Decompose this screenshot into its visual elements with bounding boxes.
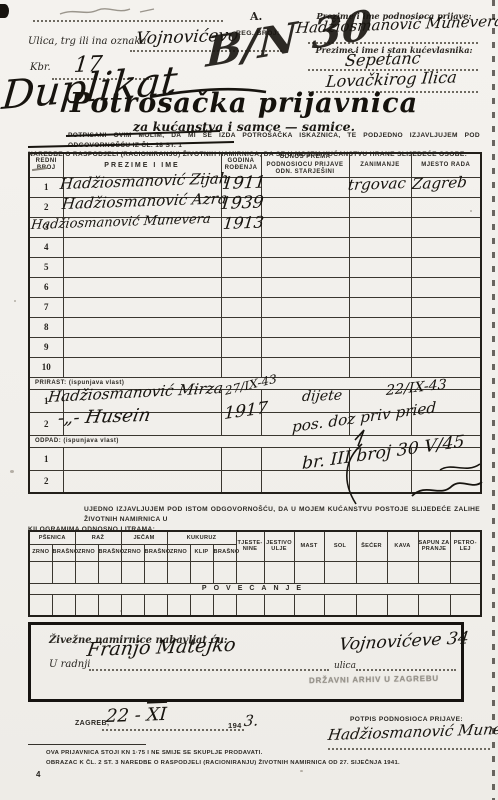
empty-cell <box>411 337 481 357</box>
empty-cell <box>264 561 294 583</box>
empty-cell <box>294 594 324 616</box>
empty-cell <box>411 317 481 337</box>
supply-sub-brasno: BRAŠNO <box>52 544 75 561</box>
col-header-redni-broj: REDNI BROJ <box>29 153 63 177</box>
empty-cell <box>349 217 411 237</box>
empty-cell <box>221 357 261 377</box>
empty-cell <box>52 594 75 616</box>
supplies-table: PŠENICA RAŽ JEČAM KUKURUZ TJESTE-NINE JE… <box>28 530 482 617</box>
supplies-declaration-line1: UJEDNO IZJAVLJUJEM POD ISTOM ODGOVORNOŠĆ… <box>28 505 480 525</box>
empty-cell <box>29 594 52 616</box>
empty-cell <box>356 594 387 616</box>
prirast-relation-handwritten: dijete <box>301 389 343 404</box>
prirast-name-handwritten: -„- Husein <box>56 407 152 428</box>
empty-cell <box>63 237 221 257</box>
supply-sub-klip: KLIP <box>190 544 213 561</box>
supply-col-sapun: SAPUN ZA PRANJE <box>418 531 450 561</box>
empty-cell <box>221 257 261 277</box>
scan-speck <box>14 300 16 302</box>
supply-sub-brasno: BRAŠNO <box>98 544 121 561</box>
row-number: 1 <box>29 447 63 470</box>
row-number: 4 <box>29 237 63 257</box>
member-workplace-handwritten: Zagreb <box>411 175 467 192</box>
empty-cell <box>121 594 144 616</box>
empty-cell <box>349 197 411 217</box>
empty-cell <box>450 594 481 616</box>
supply-sub-zrno: ZRNO <box>121 544 144 561</box>
empty-cell <box>221 337 261 357</box>
empty-cell <box>261 197 349 217</box>
empty-cell <box>387 561 418 583</box>
empty-cell <box>63 447 221 470</box>
empty-cell <box>213 561 236 583</box>
empty-cell <box>411 257 481 277</box>
year-handwritten: 3. <box>243 714 259 729</box>
regulation-note: OBRAZAC K ČL. 2 ST. 3 NAREDBE O RASPODJE… <box>46 760 400 766</box>
empty-cell <box>221 237 261 257</box>
shop-street-handwritten: Vojnovićeve 34 <box>338 630 470 654</box>
supply-sub-brasno: BRAŠNO <box>144 544 167 561</box>
supply-sub-zrno: ZRNO <box>29 544 52 561</box>
empty-cell <box>213 594 236 616</box>
year-printed: 194 <box>228 721 242 730</box>
empty-cell <box>29 561 52 583</box>
empty-cell <box>52 561 75 583</box>
member-year-handwritten: 1911 <box>221 174 266 192</box>
row-number: 9 <box>29 337 63 357</box>
blank-rule <box>102 729 244 731</box>
empty-cell <box>294 561 324 583</box>
empty-cell <box>349 237 411 257</box>
blank-rule <box>328 748 490 750</box>
empty-cell <box>387 594 418 616</box>
empty-cell <box>450 561 481 583</box>
scan-corner-mark <box>0 4 9 18</box>
empty-cell <box>98 561 121 583</box>
empty-cell <box>221 277 261 297</box>
empty-cell <box>63 470 221 493</box>
empty-cell <box>324 561 356 583</box>
empty-cell <box>144 594 167 616</box>
empty-cell <box>264 594 294 616</box>
empty-cell <box>261 277 349 297</box>
member-year-handwritten: 1913 <box>222 215 265 232</box>
signature-handwritten: Hadžiosmanović Munevera <box>327 721 498 743</box>
empty-cell <box>411 197 481 217</box>
supply-col-tjestenine: TJESTE-NINE <box>236 531 264 561</box>
page-number: 4 <box>36 770 40 779</box>
supply-col-kava: KAVA <box>387 531 418 561</box>
supply-col-petrolej: PETRO-LEJ <box>450 531 481 561</box>
empty-cell <box>190 594 213 616</box>
empty-cell <box>121 561 144 583</box>
empty-cell <box>167 561 190 583</box>
scan-speck <box>300 770 303 772</box>
empty-cell <box>236 594 264 616</box>
document-page: A. REG. BROJ: Prezime i ime podnosioca p… <box>0 0 498 800</box>
empty-cell <box>411 277 481 297</box>
street-label: Ulica, trg ili ina oznaka <box>28 36 146 47</box>
row-number: 6 <box>29 277 63 297</box>
empty-cell <box>349 297 411 317</box>
row-number: 2 <box>29 470 63 493</box>
empty-cell <box>411 357 481 377</box>
month-roman-numeral: XI <box>146 701 168 726</box>
increase-row-label: POVEĆANJE <box>29 583 481 594</box>
row-number: 8 <box>29 317 63 337</box>
supply-group-raz: RAŽ <box>75 531 121 544</box>
empty-cell <box>190 561 213 583</box>
empty-cell <box>324 594 356 616</box>
blank-rule <box>89 669 329 671</box>
empty-cell <box>349 317 411 337</box>
empty-cell <box>63 257 221 277</box>
empty-cell <box>349 277 411 297</box>
empty-cell <box>349 257 411 277</box>
empty-cell <box>75 561 98 583</box>
shop-name-handwritten: Franjo Matejko <box>86 636 237 660</box>
date-handwritten: 22 - XI <box>105 706 167 726</box>
col-header-odnos: ODNOS PREMA PODNOSIOCU PRIJAVE ODN. STAR… <box>261 153 349 177</box>
empty-cell <box>349 357 411 377</box>
empty-cell <box>261 237 349 257</box>
empty-cell <box>144 561 167 583</box>
row-number: 5 <box>29 257 63 277</box>
empty-cell <box>63 337 221 357</box>
empty-cell <box>261 257 349 277</box>
empty-cell <box>261 337 349 357</box>
scan-speck <box>10 470 14 473</box>
empty-cell <box>221 470 261 493</box>
empty-cell <box>75 594 98 616</box>
row-number: 2 <box>29 197 63 217</box>
supply-col-secer: ŠEĆER <box>356 531 387 561</box>
row-number: 10 <box>29 357 63 377</box>
supply-col-sol: SOL <box>324 531 356 561</box>
landlord-handwritten-line2: Lovačkirog Ilica <box>325 69 458 90</box>
landlord-handwritten-line1: Šepetanc <box>344 50 421 69</box>
pencil-squiggle <box>60 9 154 14</box>
empty-cell <box>418 594 450 616</box>
footnote-divider <box>28 744 146 745</box>
empty-cell <box>411 217 481 237</box>
empty-cell <box>221 447 261 470</box>
empty-cell <box>418 561 450 583</box>
empty-cell <box>221 317 261 337</box>
scan-edge-perforation <box>492 0 495 800</box>
shop-radnja-label: U radnji <box>49 659 91 670</box>
supply-sub-zrno: ZRNO <box>167 544 190 561</box>
blank-rule <box>356 669 456 671</box>
empty-cell <box>411 297 481 317</box>
supply-group-jecam: JEČAM <box>121 531 167 544</box>
empty-cell <box>221 297 261 317</box>
member-year-handwritten: 1939 <box>219 194 264 212</box>
archive-stamp: DRŽAVNI ARHIV U ZAGREBU <box>309 674 439 685</box>
supply-group-kukuruz: KUKURUZ <box>167 531 236 544</box>
empty-cell <box>411 470 481 493</box>
supply-group-psenica: PŠENICA <box>29 531 75 544</box>
empty-cell <box>261 317 349 337</box>
empty-cell <box>261 217 349 237</box>
empty-cell <box>349 337 411 357</box>
empty-cell <box>411 237 481 257</box>
empty-cell <box>98 594 121 616</box>
empty-cell <box>356 561 387 583</box>
shop-street-label: ulica <box>334 661 356 671</box>
row-number: 1 <box>29 177 63 197</box>
empty-cell <box>63 357 221 377</box>
supply-col-jestivo-ulje: JESTIVO ULJE <box>264 531 294 561</box>
declaration-line1: POTPISANI OVIM MOLIM, DA MI SE IZDA POTR… <box>28 131 480 150</box>
empty-cell <box>261 177 349 197</box>
empty-cell <box>349 470 411 493</box>
row-number: 7 <box>29 297 63 317</box>
member-occupation-handwritten: trgovac <box>347 176 406 193</box>
empty-cell <box>63 297 221 317</box>
empty-cell <box>63 277 221 297</box>
empty-cell <box>236 561 264 583</box>
shop-declaration-box: Živežne namirnice nabavljat ću: U radnji… <box>28 622 464 702</box>
blank-rule <box>33 20 223 22</box>
supply-sub-zrno: ZRNO <box>75 544 98 561</box>
empty-cell <box>167 594 190 616</box>
supply-col-mast: MAST <box>294 531 324 561</box>
empty-cell <box>261 297 349 317</box>
supply-sub-brasno: BRAŠNO <box>213 544 236 561</box>
empty-cell <box>63 317 221 337</box>
price-note: OVA PRIJAVNICA STOJI KN 1·75 I NE SMIJE … <box>46 750 263 756</box>
city-label: ZAGREB, <box>75 720 109 727</box>
